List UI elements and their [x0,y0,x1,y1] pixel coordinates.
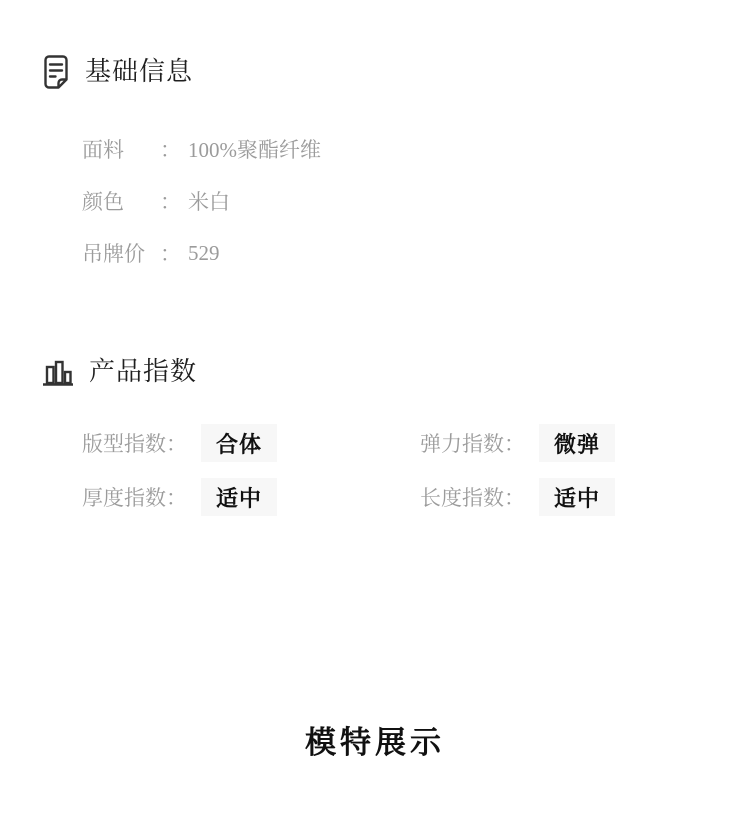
basic-info-list: 面料： 100%聚酯纤维 颜色： 米白 吊牌价： 529 [82,123,750,279]
stretch-index-cell: 弹力指数： 微弹 [420,424,660,462]
tag-price-label: 吊牌价 [82,238,160,268]
thickness-index-label: 厚度指数 [82,482,166,512]
fabric-label: 面料 [82,134,160,164]
basic-info-title: 基础信息 [85,55,193,89]
colon: ： [160,134,181,164]
fabric-row: 面料： 100%聚酯纤维 [82,123,750,175]
colon: ： [504,482,525,512]
product-index-header: 产品指数 [0,355,750,389]
tag-price-value: 529 [188,241,220,266]
color-value: 米白 [188,186,230,216]
fabric-value: 100%聚酯纤维 [188,134,321,164]
fit-index-label: 版型指数 [82,428,166,458]
length-index-value: 适中 [539,478,615,516]
colon: ： [160,186,181,216]
tag-price-row: 吊牌价： 529 [82,227,750,279]
colon: ： [166,428,187,458]
fit-index-value: 合体 [201,424,277,462]
colon: ： [160,238,181,268]
bar-chart-icon [42,357,74,387]
model-display-title: 模特展示 [0,717,750,762]
basic-info-header: 基础信息 [0,0,750,89]
document-icon [42,55,70,89]
thickness-index-cell: 厚度指数： 适中 [82,478,420,516]
thickness-index-value: 适中 [201,478,277,516]
colon: ： [166,482,187,512]
color-row: 颜色： 米白 [82,175,750,227]
stretch-index-label: 弹力指数 [420,428,504,458]
length-index-label: 长度指数 [420,482,504,512]
length-index-cell: 长度指数： 适中 [420,478,660,516]
stretch-index-value: 微弹 [539,424,615,462]
colon: ： [504,428,525,458]
product-index-grid: 版型指数： 合体 弹力指数： 微弹 厚度指数： 适中 长度指数： 适中 [82,424,702,532]
product-index-title: 产品指数 [89,355,197,389]
fit-index-cell: 版型指数： 合体 [82,424,420,462]
color-label: 颜色 [82,186,160,216]
product-detail-page: { "colon": "：", "basic_info": { "title":… [0,0,750,822]
